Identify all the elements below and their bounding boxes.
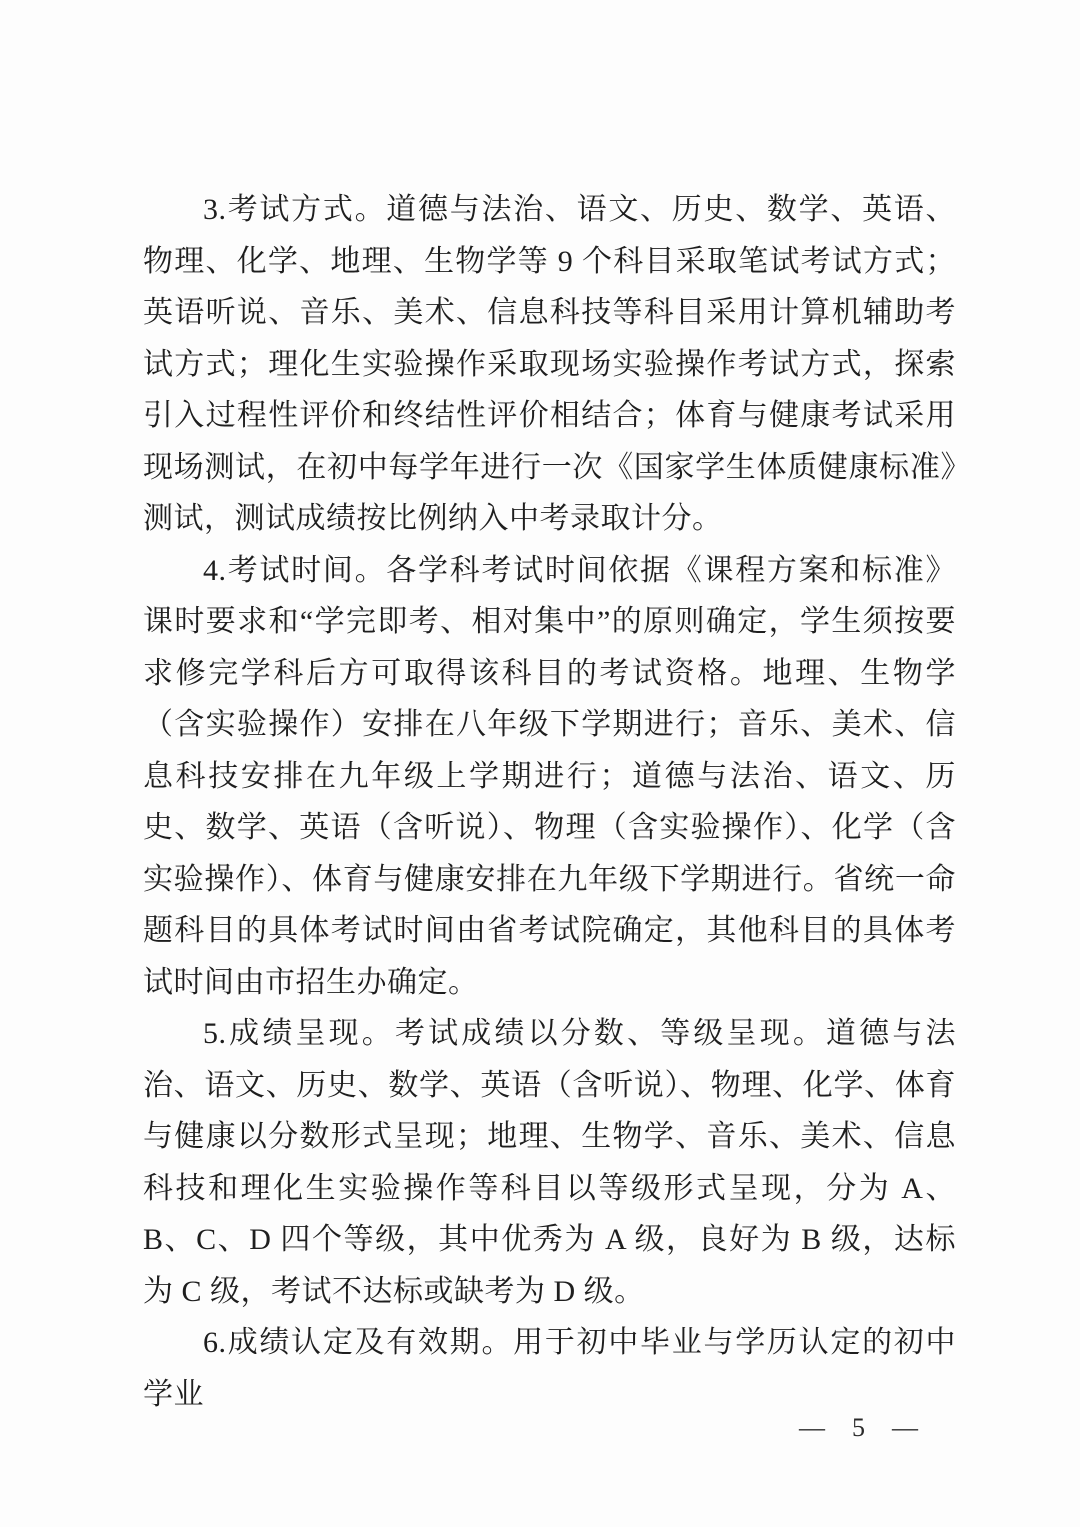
paragraph-score-validity: 6.成绩认定及有效期。用于初中毕业与学历认定的初中学业 bbox=[143, 1317, 956, 1420]
paragraph-exam-time: 4.考试时间。各学科考试时间依据《课程方案和标准》课时要求和“学完即考、相对集中… bbox=[143, 545, 956, 1009]
document-page: 3.考试方式。道德与法治、语文、历史、数学、英语、物理、化学、地理、生物学等 9… bbox=[0, 0, 1080, 1527]
paragraph-score-presentation: 5.成绩呈现。考试成绩以分数、等级呈现。道德与法治、语文、历史、数学、英语（含听… bbox=[143, 1008, 956, 1317]
document-body: 3.考试方式。道德与法治、语文、历史、数学、英语、物理、化学、地理、生物学等 9… bbox=[143, 184, 956, 1420]
page-footer: — 5 — bbox=[799, 1412, 918, 1444]
footer-dash-right: — bbox=[892, 1412, 918, 1444]
paragraph-exam-method: 3.考试方式。道德与法治、语文、历史、数学、英语、物理、化学、地理、生物学等 9… bbox=[143, 184, 956, 545]
page-number: 5 bbox=[852, 1412, 865, 1444]
footer-dash-left: — bbox=[799, 1412, 825, 1444]
